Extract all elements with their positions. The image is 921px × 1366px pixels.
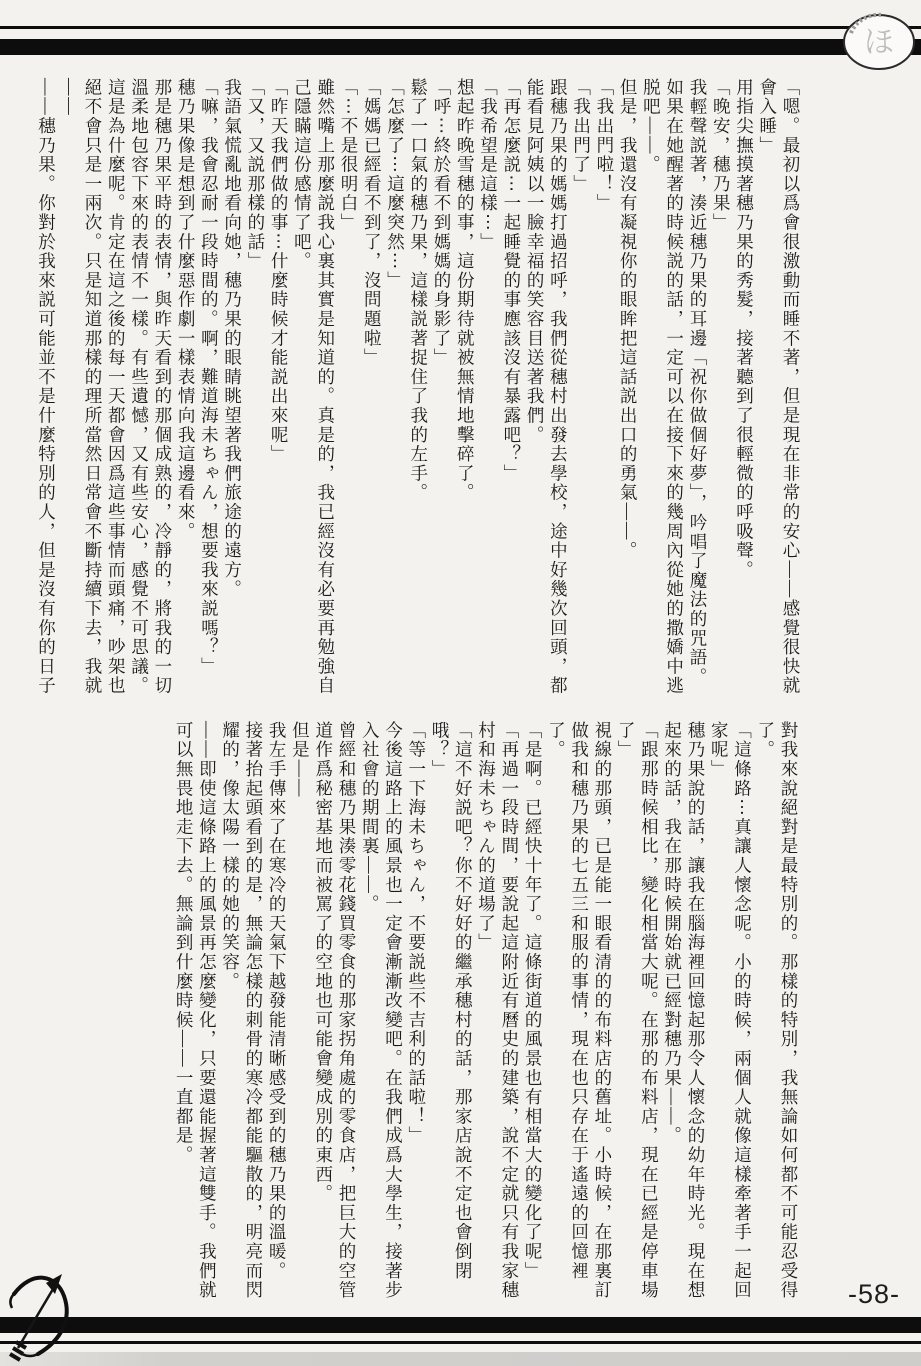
paragraph: ——穗乃果。你對於我來説可能並不是什麼特別的人，但是沒有你的日子 (34, 78, 57, 696)
ho-stamp-icon: ほ (841, 11, 917, 75)
paragraph: 曾經和穗乃果湊零花錢買零食的那家拐角處的零食店，把巨大的空管道作爲秘密基地而被罵… (311, 721, 358, 1301)
paragraph: 「嘛，我會忍耐一段時間的。啊，難道海未ちゃん，想要我來説嗎？」 (197, 78, 220, 696)
paragraph: 「我出門了」 (569, 78, 592, 696)
paragraph: 「我希望是這樣⋯」 (476, 78, 499, 696)
paragraph: 但是，我還沒有凝視你的眼眸把這話説出口的勇氣——。 (616, 78, 639, 696)
paragraph: 「這不好説吧？你不好好的繼承穗村的話，那家店說不定也會倒閉哦？」 (428, 721, 475, 1301)
paragraph: 想起昨晚雪穗的事，這份期待就被無情地擊碎了。 (453, 78, 476, 696)
top-text-block: 「嗯。最初以爲會很激動而睡不著，但是現在非常的安心——感覺很快就會入睡」用指尖撫… (34, 78, 802, 696)
bottom-thin-rule (0, 1341, 921, 1344)
paragraph: 如果在她醒著的時候説的話，一定可以在接下來的幾周內從她的撒嬌中逃脱吧——。 (639, 78, 686, 696)
bottom-thick-bar (0, 1317, 921, 1333)
paragraph: 跟穗乃果的媽媽打過招呼，我們從穗村出發去學校，途中好幾次回頭，都能看見阿姨以一臉… (523, 78, 570, 696)
paragraph: 「跟那時候相比，變化相當大呢。在那的布料店，現在已經是停車場了」 (614, 721, 661, 1301)
paragraph: 「等一下海未ちゃん，不要説些不吉利的話啦！」 (404, 721, 427, 1301)
scan-edge-strip (0, 1352, 921, 1366)
paragraph: 「晚安，穗乃果」 (709, 78, 732, 696)
top-thin-rule (0, 26, 921, 29)
paragraph: 「又，又説那樣的話」 (244, 78, 267, 696)
paragraph: 「呼⋯終於看不到媽媽的身影了」 (430, 78, 453, 696)
paragraph: 穗乃果像是想到了什麼惡作劇一樣表情向我這邊看來。 (174, 78, 197, 696)
paragraph: 那是穗乃果平時的表情，與昨天看到的那個成熟的，冷靜的，將我的一切溫柔地包容下來的… (127, 78, 174, 696)
paragraph: 穗乃果說的話，讓我在腦海裡回憶起那令人懷念的幼年時光。現在想起來的話，我在那時候… (660, 721, 707, 1301)
paragraph: 今後這路上的風景也一定會漸漸改變吧。在我們成爲大學生，接著步入社會的期間裏——。 (358, 721, 405, 1301)
paragraph: 「再過一段時間，要說起這附近有曆史的建築，說不定就只有我家穗村和海未ちゃん的道場… (474, 721, 521, 1301)
paragraph: 「媽媽已經看不到了，沒問題啦」 (360, 78, 383, 696)
paragraph: 對我來說絕對是最特別的。那樣的特別，我無論如何都不可能忍受得了。 (753, 721, 800, 1301)
paragraph: 但是—— (288, 721, 311, 1301)
paragraph: 視線的那頭，已是能一眼看清的的布料店的舊址。小時候，在那裏訂做我和穗乃果的七五三… (544, 721, 614, 1301)
paragraph: 我左手傳來了在寒冷的天氣下越發能清晰感受到的穗乃果的溫暖。 (265, 721, 288, 1301)
paragraph: 「嗯。最初以爲會很激動而睡不著，但是現在非常的安心——感覺很快就會入睡」 (755, 78, 802, 696)
paragraph: 「我出門啦！」 (593, 78, 616, 696)
bottom-text-block: 對我來說絕對是最特別的。那樣的特別，我無論如何都不可能忍受得了。「這條路⋯真讓人… (172, 721, 800, 1301)
novel-page: ほ 「嗯。最初以爲會很激動而睡不著，但是現在非常的安心——感覺很快就會入睡」用指… (0, 0, 921, 1366)
stamp-glyph: ほ (864, 25, 894, 60)
paragraph: 我語氣慌亂地看向她，穗乃果的眼睛眺望著我們旅途的遠方。 (220, 78, 243, 696)
paragraph: 鬆了一口氣的穗乃果，這樣説著捉住了我的左手。 (406, 78, 429, 696)
paragraph: 「是啊。已經快十年了。這條街道的風景也有相當大的變化了呢」 (521, 721, 544, 1301)
paragraph: 「再怎麼説⋯一起睡覺的事應該沒有暴露吧？」 (500, 78, 523, 696)
paragraph: 雖然嘴上那麼説我心裏其實是知道的。真是的，我已經沒有必要再勉強自己隱瞞這份感情了… (290, 78, 337, 696)
paragraph: 「⋯不是很明白」 (337, 78, 360, 696)
bow-and-arrow-icon (4, 1266, 108, 1362)
paragraph: 「昨天我們做的事⋯什麼時候才能説出來呢」 (267, 78, 290, 696)
paragraph: 用指尖撫摸著穗乃果的秀髮，接著聽到了很輕微的呼吸聲。 (732, 78, 755, 696)
paragraph: ——即使這條路上的風景再怎麼變化，只要還能握著這雙手。我們就可以無畏地走下去。無… (172, 721, 219, 1301)
page-number: -58- (848, 1279, 900, 1310)
ho-stamp-graphic: ほ (841, 11, 917, 75)
paragraph: 「怎麼了⋯這麼突然⋯」 (383, 78, 406, 696)
paragraph: 「這條路⋯真讓人懷念呢。小的時候，兩個人就像這樣牽著手一起回家呢」 (707, 721, 754, 1301)
paragraph: 我輕聲説著，湊近穗乃果的耳邊「祝你做個好夢」，吟唱了魔法的咒語。 (686, 78, 709, 696)
paragraph: 這是為什麼呢。肯定在這之後的每一天都會因爲這些事情而頭痛，吵架也絕不會只是一兩次… (58, 78, 128, 696)
top-thick-bar (0, 39, 921, 55)
paragraph: 接著抬起頭看到的是，無論怎樣的刺骨的寒冷都能驅散的，明亮而閃耀的，像太陽一樣的她… (218, 721, 265, 1301)
